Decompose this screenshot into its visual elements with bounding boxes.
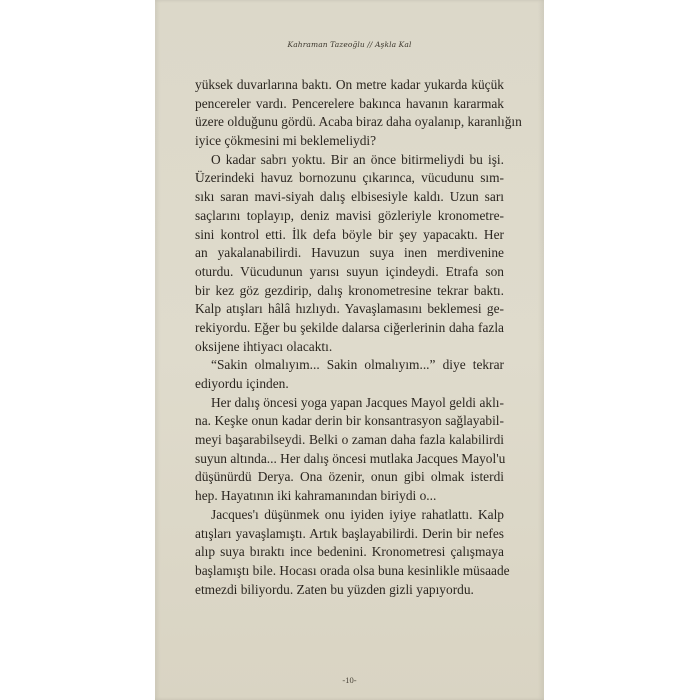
text-line: Her dalış öncesi yoga yapan Jacques Mayo… (195, 394, 504, 413)
text-line: Jacques'ı düşünmek onu iyiden iyiye raha… (195, 506, 504, 525)
book-page: Kahraman Tazeoğlu // Aşkla Kal yüksek du… (155, 0, 544, 700)
text-line: pencereler vardı. Pencerelere bakınca ha… (195, 95, 504, 114)
text-line: Kalp atışları hâlâ hızlıydı. Yavaşlaması… (195, 300, 504, 319)
text-line: meyi başarabilseydi. Belki o zaman daha … (195, 431, 504, 450)
text-line: sıkı saran mavi-siyah dalış elbisesiyle … (195, 188, 504, 207)
text-line: sini kontrol etti. İlk defa böyle bir şe… (195, 226, 504, 245)
page-number: -10- (155, 675, 544, 685)
text-line: “Sakin olmalıyım... Sakin olmalıyım...” … (195, 356, 504, 375)
text-line: iyice çökmesini mi beklemeliydi? (195, 132, 504, 151)
text-line: düşünürdü Derya. Ona özenir, onun gibi o… (195, 468, 504, 487)
body-text: yüksek duvarlarına baktı. On metre kadar… (195, 76, 504, 599)
text-line: O kadar sabrı yoktu. Bir an önce bitirme… (195, 151, 504, 170)
text-line: başlamıştı bile. Hocası orada olsa buna … (195, 562, 504, 581)
text-line: oturdu. Vücudunun yarısı suyun içindeydi… (195, 263, 504, 282)
text-line: Üzerindeki havuz bornozunu çıkarınca, vü… (195, 169, 504, 188)
text-line: bir kez göz gezdirip, dalış kronometresi… (195, 282, 504, 301)
text-line: saçlarını toplayıp, deniz mavisi gözleri… (195, 207, 504, 226)
text-line: na. Keşke onun kadar derin bir konsantra… (195, 412, 504, 431)
text-line: hep. Hayatının iki kahramanından biriydi… (195, 487, 504, 506)
text-line: ediyordu içinden. (195, 375, 504, 394)
text-line: alıp suya bıraktı ince bedenini. Kronome… (195, 543, 504, 562)
text-line: an yakalanabilirdi. Havuzun suya inen me… (195, 244, 504, 263)
text-line: etmezdi biliyordu. Zaten bu yüzden gizli… (195, 581, 504, 600)
text-line: oksijene ihtiyacı olacaktı. (195, 338, 504, 357)
text-line: yüksek duvarlarına baktı. On metre kadar… (195, 76, 504, 95)
text-line: rekiyordu. Eğer bu şekilde dalarsa ciğer… (195, 319, 504, 338)
running-head: Kahraman Tazeoğlu // Aşkla Kal (155, 40, 544, 49)
text-line: atışları yavaşlamıştı. Artık başlayabili… (195, 525, 504, 544)
text-line: suyun altında... Her dalış öncesi mutlak… (195, 450, 504, 469)
text-line: üzere olduğunu gördü. Acaba biraz daha o… (195, 113, 504, 132)
